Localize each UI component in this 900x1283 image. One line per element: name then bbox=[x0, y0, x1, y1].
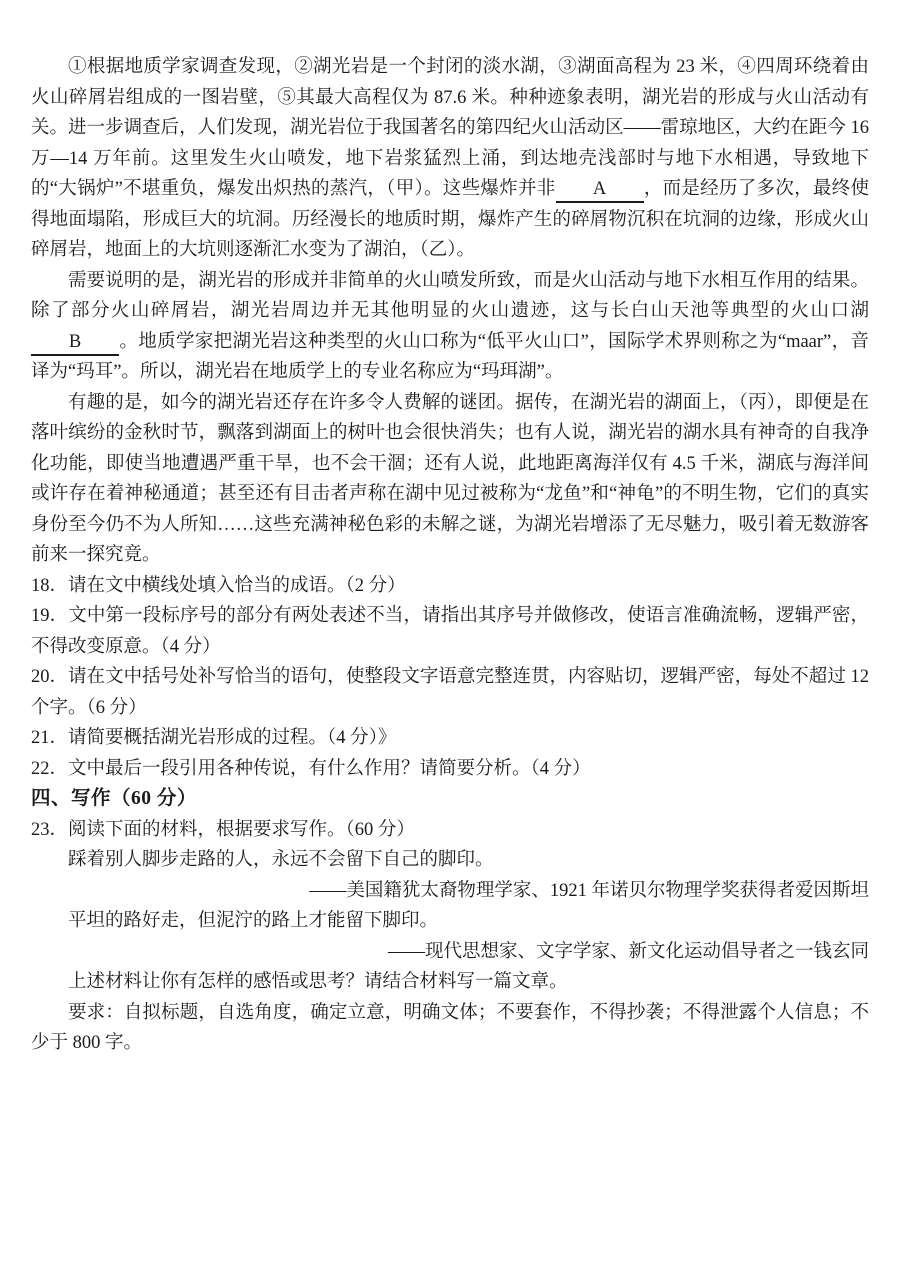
text-run: 要求：自拟标题，自选角度，确定立意，明确文体；不要套作，不得抄袭；不得泄露个人信… bbox=[31, 1003, 869, 1054]
writing-requirements: 要求：自拟标题，自选角度，确定立意，明确文体；不要套作，不得抄袭；不得泄露个人信… bbox=[31, 998, 869, 1059]
text-run: 21．请简要概括湖光岩形成的过程。（4 分）》 bbox=[31, 728, 396, 748]
text-run: 。地质学家把湖光岩这种类型的火山口称为“低平火山口”，国际学术界则称之为“maa… bbox=[31, 332, 869, 383]
exam-page: ①根据地质学家调查发现，②湖光岩是一个封闭的淡水湖，③湖面高程为 23 米，④四… bbox=[0, 0, 900, 1283]
section-heading-writing: 四、写作（60 分） bbox=[31, 784, 869, 815]
text-run: 有趣的是，如今的湖光岩还存在许多令人费解的谜团。据传，在湖光岩的湖面上，（丙），… bbox=[31, 393, 869, 566]
attribution-einstein: ——美国籍犹太裔物理学家、1921 年诺贝尔物理学奖获得者爱因斯坦 bbox=[31, 876, 869, 907]
page: { "page": { "background_color": "#ffffff… bbox=[0, 0, 900, 1283]
attribution-qianxuantong: ——现代思想家、文字学家、新文化运动倡导者之一钱玄同 bbox=[31, 937, 869, 968]
material-prompt: 上述材料让你有怎样的感悟或思考？请结合材料写一篇文章。 bbox=[31, 967, 869, 998]
question-18: 18．请在文中横线处填入恰当的成语。（2 分） bbox=[31, 571, 869, 602]
passage-paragraph-2: 需要说明的是，湖光岩的形成并非简单的火山喷发所致，而是火山活动与地下水相互作用的… bbox=[31, 266, 869, 388]
text-run: 20．请在文中括号处补写恰当的语句，使整段文字语意完整连贯，内容贴切，逻辑严密，… bbox=[31, 667, 869, 718]
text-run: ——现代思想家、文字学家、新文化运动倡导者之一钱玄同 bbox=[388, 942, 869, 962]
question-21: 21．请简要概括湖光岩形成的过程。（4 分）》 bbox=[31, 723, 869, 754]
text-run: 18．请在文中横线处填入恰当的成语。（2 分） bbox=[31, 576, 406, 596]
text-run: 22．文中最后一段引用各种传说，有什么作用？请简要分析。（4 分） bbox=[31, 759, 591, 779]
material-quote-2: 平坦的路好走，但泥泞的路上才能留下脚印。 bbox=[31, 906, 869, 937]
text-run: ①根据地质学家调查发现，②湖光岩是一个封闭的淡水湖，③湖面高程为 23 米，④四… bbox=[31, 57, 869, 199]
passage-paragraph-3: 有趣的是，如今的湖光岩还存在许多令人费解的谜团。据传，在湖光岩的湖面上，（丙），… bbox=[31, 388, 869, 571]
text-run: 四、写作（60 分） bbox=[31, 788, 197, 809]
text-run: 23．阅读下面的材料，根据要求写作。（60 分） bbox=[31, 820, 415, 840]
text-run: 上述材料让你有怎样的感悟或思考？请结合材料写一篇文章。 bbox=[68, 972, 568, 992]
text-run: 踩着别人脚步走路的人，永远不会留下自己的脚印。 bbox=[68, 850, 494, 870]
answer-blank-A: A bbox=[556, 178, 644, 203]
question-20: 20．请在文中括号处补写恰当的语句，使整段文字语意完整连贯，内容贴切，逻辑严密，… bbox=[31, 662, 869, 723]
passage-paragraph-1: ①根据地质学家调查发现，②湖光岩是一个封闭的淡水湖，③湖面高程为 23 米，④四… bbox=[31, 52, 869, 266]
text-run: ——美国籍犹太裔物理学家、1921 年诺贝尔物理学奖获得者爱因斯坦 bbox=[309, 881, 869, 901]
question-19: 19．文中第一段标序号的部分有两处表述不当，请指出其序号并做修改，使语言准确流畅… bbox=[31, 601, 869, 662]
question-23: 23．阅读下面的材料，根据要求写作。（60 分） bbox=[31, 815, 869, 846]
document-body: ①根据地质学家调查发现，②湖光岩是一个封闭的淡水湖，③湖面高程为 23 米，④四… bbox=[31, 52, 869, 1059]
text-run: 需要说明的是，湖光岩的形成并非简单的火山喷发所致，而是火山活动与地下水相互作用的… bbox=[31, 271, 869, 322]
question-22: 22．文中最后一段引用各种传说，有什么作用？请简要分析。（4 分） bbox=[31, 754, 869, 785]
text-run: 平坦的路好走，但泥泞的路上才能留下脚印。 bbox=[68, 911, 438, 931]
answer-blank-B: B bbox=[31, 331, 119, 356]
text-run: 19．文中第一段标序号的部分有两处表述不当，请指出其序号并做修改，使语言准确流畅… bbox=[31, 606, 869, 657]
material-quote-1: 踩着别人脚步走路的人，永远不会留下自己的脚印。 bbox=[31, 845, 869, 876]
